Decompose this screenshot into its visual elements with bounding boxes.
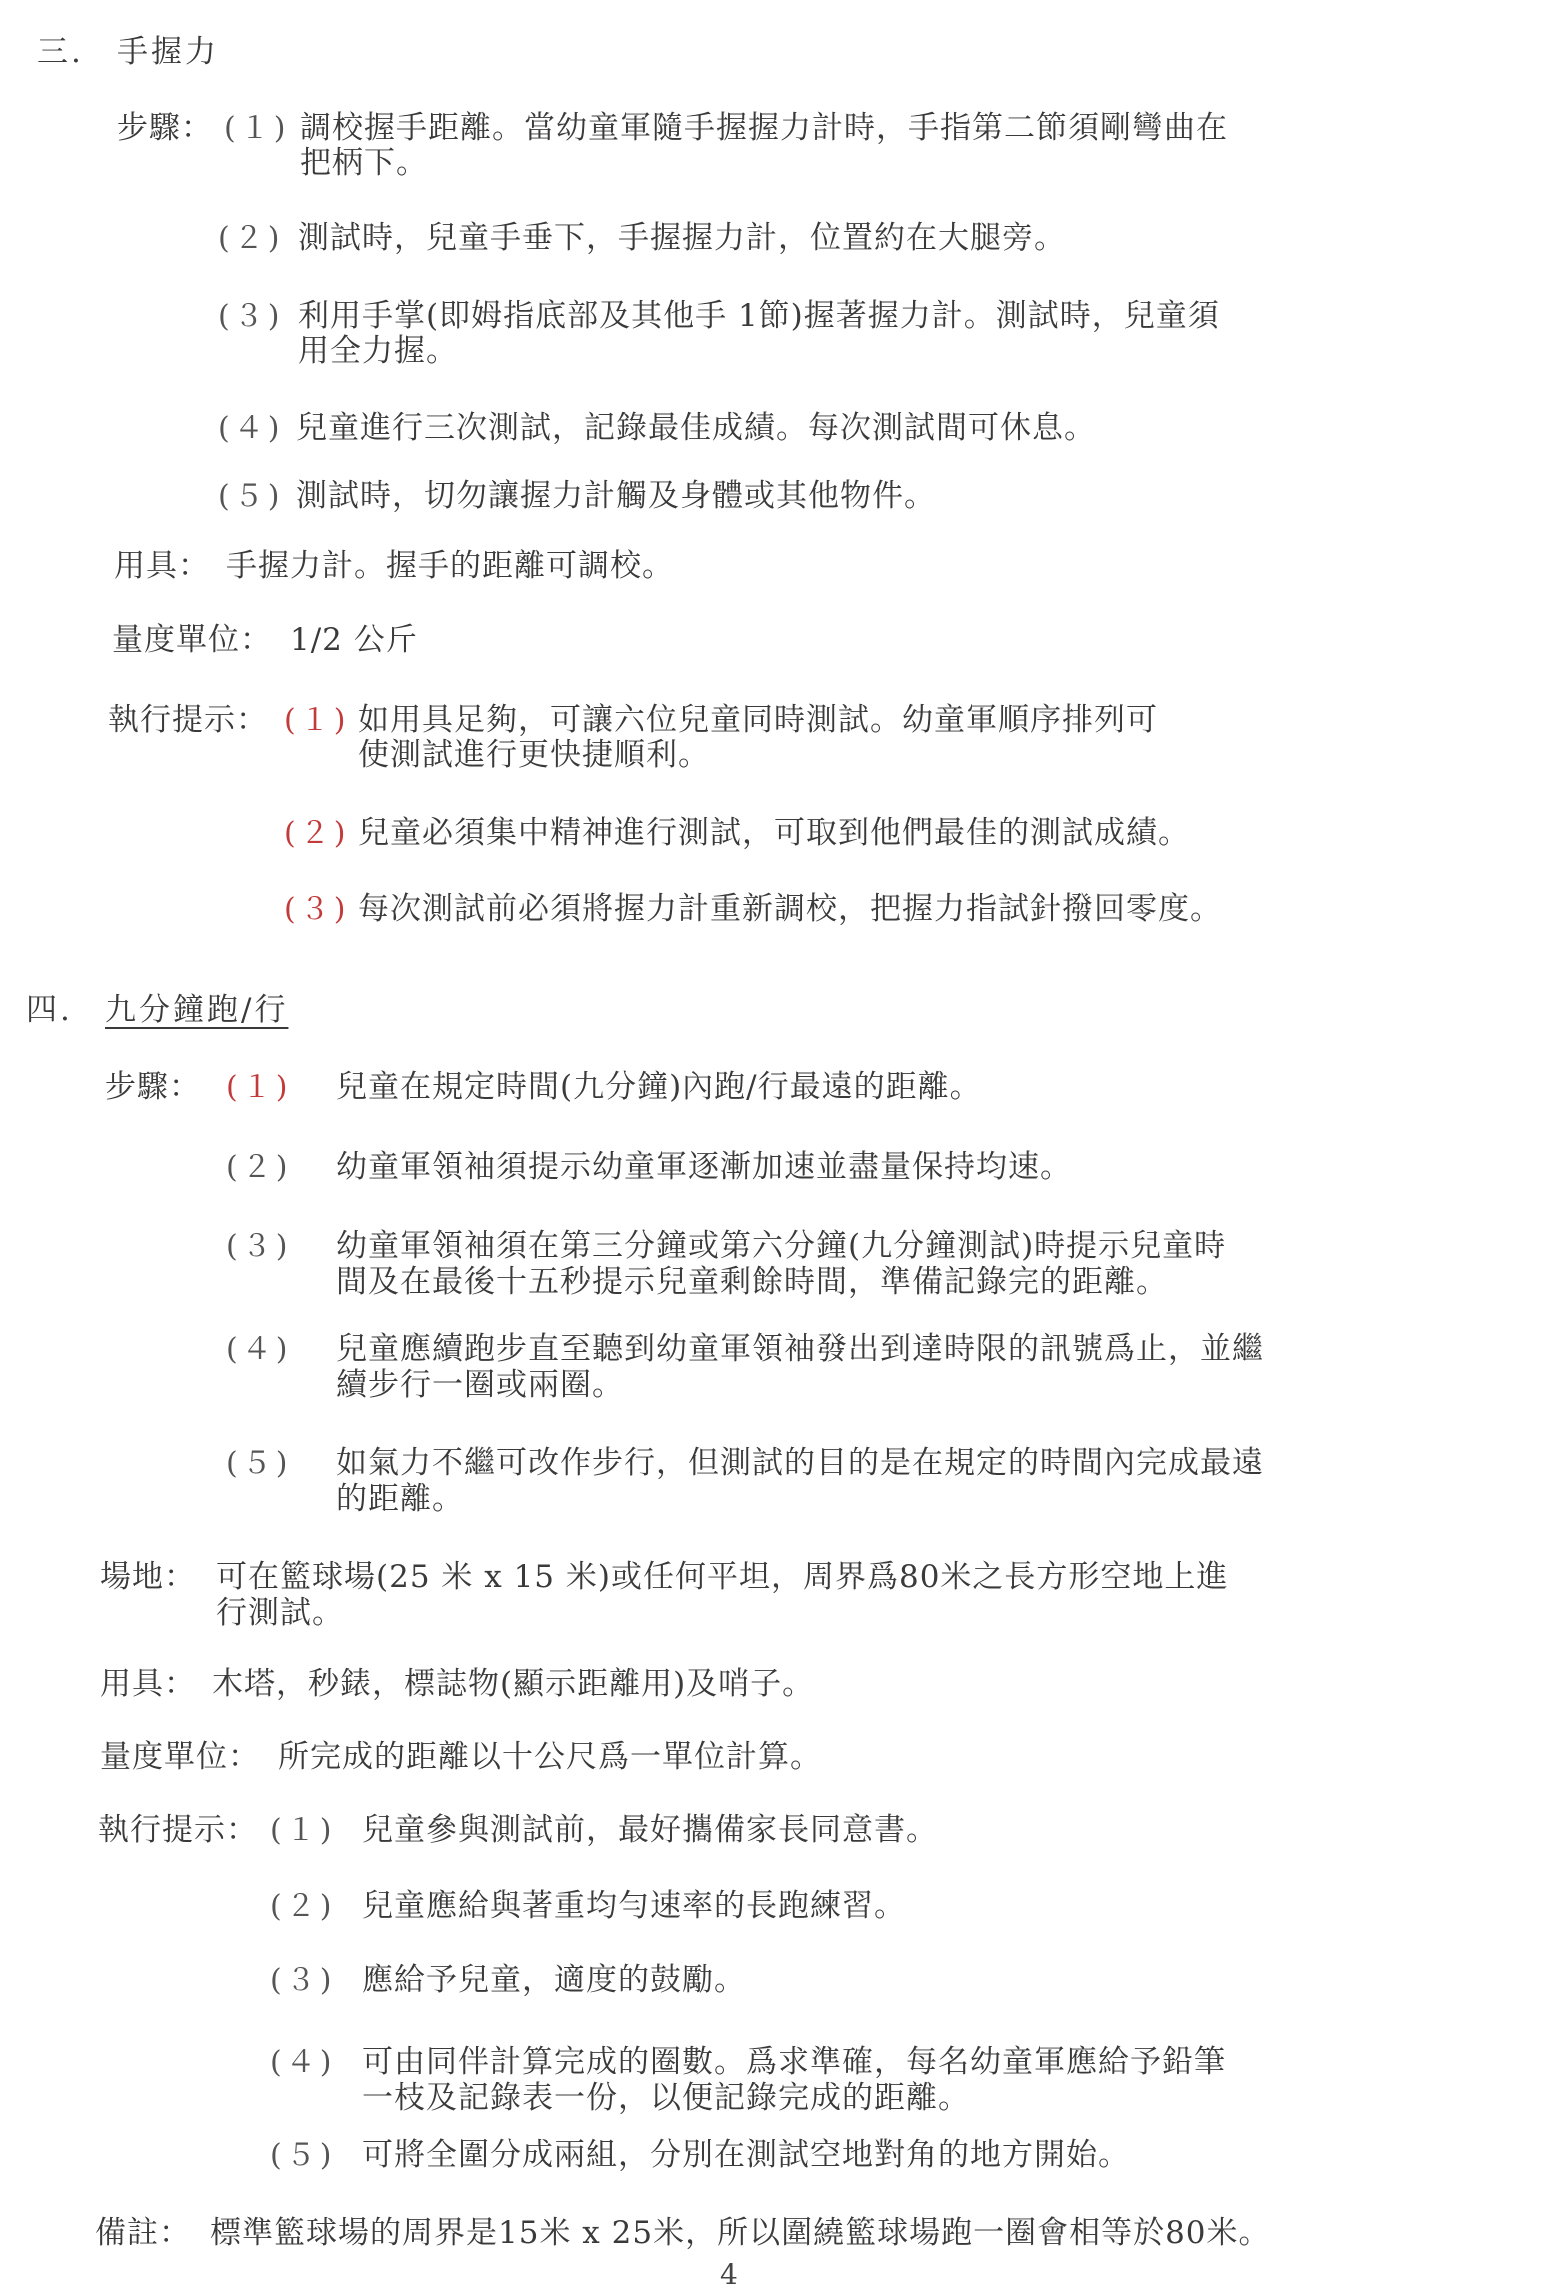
venue-label: 場地： bbox=[100, 1557, 196, 1598]
step-number: (４) bbox=[226, 1329, 291, 1370]
tip-text: 可由同伴計算完成的圈數。爲求準確，每名幼童軍應給予鉛筆 bbox=[362, 2042, 1226, 2083]
step-text-cont: 續步行一圈或兩圈。 bbox=[336, 1365, 624, 1406]
step-number: (５) bbox=[226, 1443, 291, 1484]
note-text: 標準籃球場的周界是15米 x 25米，所以圍繞籃球場跑一圈會相等於80米。 bbox=[210, 2213, 1271, 2254]
tip-text: 兒童參與測試前，最好攜備家長同意書。 bbox=[362, 1810, 938, 1851]
step-text: 測試時，兒童手垂下，手握握力計，位置約在大腿旁。 bbox=[298, 218, 1066, 259]
equipment-label: 用具： bbox=[114, 546, 210, 587]
step-text-cont: 間及在最後十五秒提示兒童剩餘時間，準備記錄完的距離。 bbox=[336, 1262, 1168, 1303]
equipment-label: 用具： bbox=[100, 1664, 196, 1705]
step-number: (５) bbox=[218, 476, 283, 517]
unit-text: 1/2 公斤 bbox=[290, 620, 418, 661]
section-index: 三. bbox=[37, 32, 84, 73]
steps-label: 步驟： bbox=[105, 1067, 201, 1108]
tip-text: 兒童必須集中精神進行測試，可取到他們最佳的測試成績。 bbox=[358, 813, 1190, 854]
tip-number: (１) bbox=[270, 1810, 335, 1851]
step-number: (１) bbox=[226, 1067, 291, 1108]
venue-text: 可在籃球場(25 米 x 15 米)或任何平坦，周界爲80米之長方形空地上進 bbox=[216, 1557, 1228, 1598]
equipment-text: 木塔，秒錶，標誌物(顯示距離用)及哨子。 bbox=[212, 1664, 814, 1705]
step-number: (１) bbox=[224, 108, 289, 149]
step-text: 調校握手距離。當幼童軍隨手握握力計時，手指第二節須剛彎曲在 bbox=[300, 108, 1228, 149]
step-text: 幼童軍領袖須在第三分鐘或第六分鐘(九分鐘測試)時提示兒童時 bbox=[336, 1226, 1226, 1267]
unit-text: 所完成的距離以十公尺爲一單位計算。 bbox=[278, 1737, 822, 1778]
step-number: (３) bbox=[218, 296, 283, 337]
venue-text-cont: 行測試。 bbox=[216, 1593, 344, 1634]
step-text: 兒童進行三次測試，記錄最佳成績。每次測試間可休息。 bbox=[296, 408, 1096, 449]
step-number: (４) bbox=[218, 408, 283, 449]
unit-label: 量度單位： bbox=[100, 1737, 260, 1778]
tip-number: (４) bbox=[270, 2042, 335, 2083]
tip-number: (５) bbox=[270, 2135, 335, 2176]
step-text-cont: 把柄下。 bbox=[300, 143, 428, 184]
tip-text: 兒童應給與著重均勻速率的長跑練習。 bbox=[362, 1886, 906, 1927]
section-title: 手握力 bbox=[117, 32, 219, 73]
step-text-cont: 的距離。 bbox=[336, 1479, 464, 1520]
tip-number: (３) bbox=[270, 1960, 335, 2001]
unit-label: 量度單位： bbox=[112, 620, 272, 661]
step-number: (３) bbox=[226, 1226, 291, 1267]
tip-number: (２) bbox=[270, 1886, 335, 1927]
tip-text-cont: 使測試進行更快捷順利。 bbox=[358, 735, 710, 776]
step-text: 兒童應續跑步直至聽到幼童軍領袖發出到達時限的訊號爲止，並繼 bbox=[336, 1329, 1264, 1370]
step-number: (２) bbox=[226, 1147, 291, 1188]
steps-label: 步驟： bbox=[117, 108, 213, 149]
tips-label: 執行提示： bbox=[108, 700, 268, 741]
step-text-cont: 用全力握。 bbox=[298, 331, 458, 372]
tips-label: 執行提示： bbox=[98, 1810, 258, 1851]
tip-number: (３) bbox=[284, 889, 349, 930]
step-text: 測試時，切勿讓握力計觸及身體或其他物件。 bbox=[296, 476, 936, 517]
step-text: 幼童軍領袖須提示幼童軍逐漸加速並盡量保持均速。 bbox=[336, 1147, 1072, 1188]
step-text: 如氣力不繼可改作步行，但測試的目的是在規定的時間內完成最遠 bbox=[336, 1443, 1264, 1484]
section-title: 九分鐘跑/行 bbox=[105, 990, 288, 1031]
tip-text: 應給予兒童，適度的鼓勵。 bbox=[362, 1960, 746, 2001]
step-text: 兒童在規定時間(九分鐘)內跑/行最遠的距離。 bbox=[336, 1067, 982, 1108]
page-number: 4 bbox=[720, 2258, 738, 2291]
tip-number: (２) bbox=[284, 813, 349, 854]
equipment-text: 手握力計。握手的距離可調校。 bbox=[226, 546, 674, 587]
tip-text: 每次測試前必須將握力計重新調校，把握力指試針撥回零度。 bbox=[358, 889, 1222, 930]
step-number: (２) bbox=[218, 218, 283, 259]
tip-number: (１) bbox=[284, 700, 349, 741]
tip-text-cont: 一枝及記錄表一份，以便記錄完成的距離。 bbox=[362, 2078, 970, 2119]
note-label: 備註： bbox=[95, 2213, 191, 2254]
section-index: 四. bbox=[26, 990, 73, 1031]
tip-text: 可將全圍分成兩組，分別在測試空地對角的地方開始。 bbox=[362, 2135, 1130, 2176]
